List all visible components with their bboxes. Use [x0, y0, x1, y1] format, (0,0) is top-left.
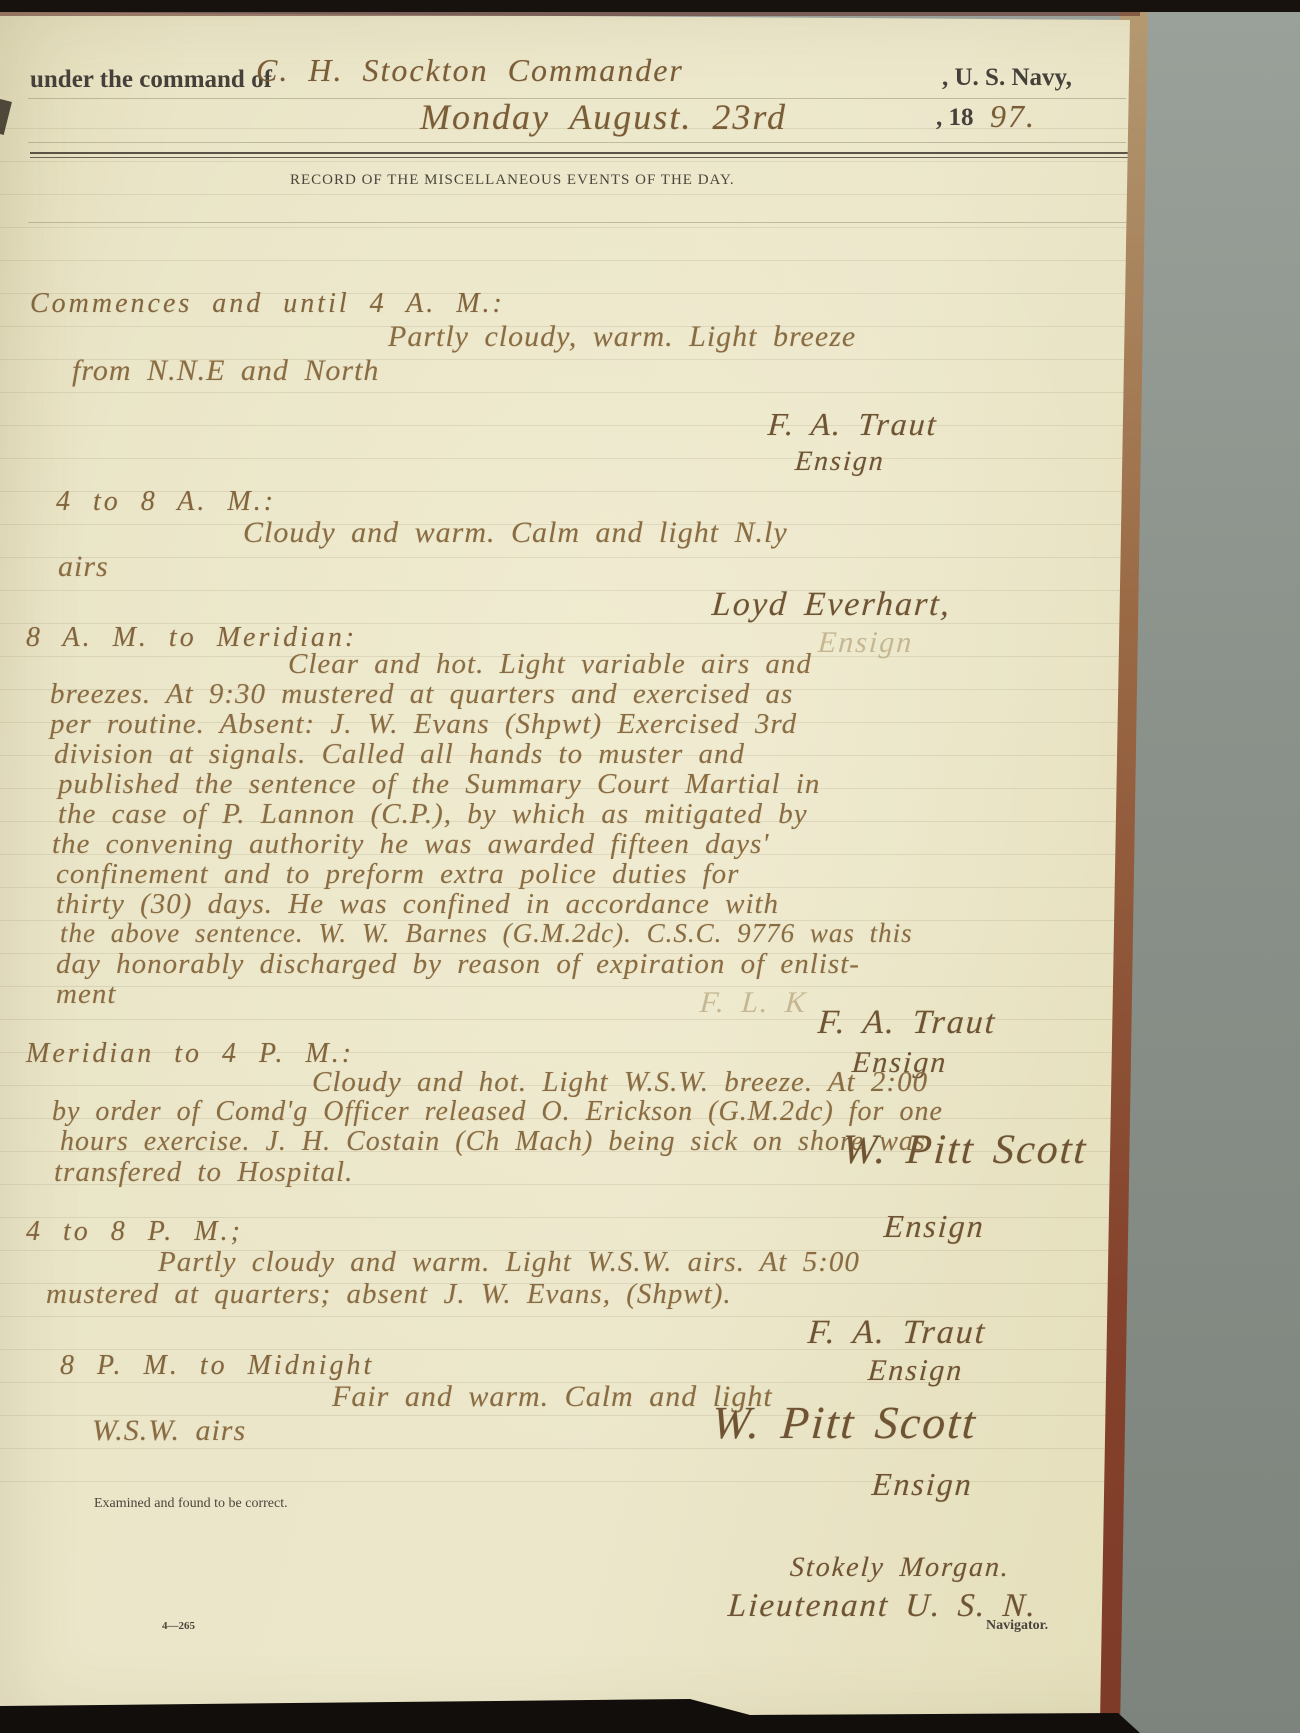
- form-number: 4—265: [162, 1620, 195, 1632]
- log-line: the above sentence. W. W. Barnes (G.M.2d…: [60, 918, 913, 949]
- officer-signature: F. A. Traut: [817, 1004, 998, 1042]
- watch-entry-heading: Commences and until 4 A. M.:: [30, 288, 505, 320]
- log-line: division at signals. Called all hands to…: [54, 738, 745, 771]
- watch-entry-heading: Meridian to 4 P. M.:: [26, 1038, 354, 1070]
- command-prefix-label: under the command of: [30, 66, 272, 94]
- navigator-printed-label: Navigator.: [986, 1618, 1048, 1634]
- officer-signature: Ensign: [871, 1466, 974, 1503]
- officer-signature: F. A. Traut: [767, 406, 939, 443]
- double-rule-top: [30, 152, 1130, 154]
- log-line: breezes. At 9:30 mustered at quarters an…: [50, 678, 793, 711]
- log-line: Clear and hot. Light variable airs and: [288, 648, 812, 681]
- log-line: Cloudy and warm. Calm and light N.ly: [243, 516, 788, 550]
- officer-signature: Ensign: [883, 1208, 986, 1245]
- officer-signature: Ensign: [817, 626, 915, 660]
- log-line: confinement and to preform extra police …: [56, 858, 739, 891]
- officer-signature: Ensign: [867, 1354, 965, 1388]
- log-line: day honorably discharged by reason of ex…: [56, 948, 860, 981]
- examined-note: Examined and found to be correct.: [94, 1496, 288, 1512]
- officer-signature: W. Pitt Scott: [710, 1396, 979, 1449]
- officer-signature: F. L. K: [699, 986, 809, 1020]
- log-line: ment: [56, 978, 116, 1011]
- book-cover-line: [0, 12, 1140, 16]
- log-line: per routine. Absent: J. W. Evans (Shpwt)…: [50, 708, 797, 741]
- watch-entry-heading: 8 P. M. to Midnight: [60, 1350, 374, 1382]
- navy-suffix-label: , U. S. Navy,: [942, 64, 1072, 92]
- log-line: Partly cloudy and warm. Light W.S.W. air…: [158, 1246, 860, 1279]
- log-line: mustered at quarters; absent J. W. Evans…: [46, 1278, 732, 1311]
- log-line: Fair and warm. Calm and light: [332, 1380, 773, 1414]
- double-rule-bottom: [30, 157, 1130, 158]
- year-prefix-label: , 18: [936, 104, 974, 132]
- date-handwritten: Monday August. 23rd: [420, 96, 787, 138]
- log-line: from N.N.E and North: [72, 354, 379, 388]
- log-line: Partly cloudy, warm. Light breeze: [388, 320, 856, 354]
- watch-entry-heading: 4 to 8 P. M.;: [26, 1216, 243, 1248]
- logbook-scan: under the command of C. H. Stockton Comm…: [0, 0, 1300, 1733]
- log-line: published the sentence of the Summary Co…: [58, 768, 820, 801]
- navigator-signature-name: Stokely Morgan.: [789, 1552, 1011, 1584]
- watch-entry-heading: 4 to 8 A. M.:: [56, 486, 276, 518]
- officer-signature: Loyd Everhart,: [711, 586, 953, 624]
- officer-signature: F. A. Traut: [807, 1314, 988, 1352]
- log-line: hours exercise. J. H. Costain (Ch Mach) …: [60, 1126, 926, 1158]
- log-line: the convening authority he was awarded f…: [52, 828, 769, 861]
- officer-signature: Ensign: [794, 446, 886, 478]
- log-line: the case of P. Lannon (C.P.), by which a…: [58, 798, 808, 831]
- log-line: airs: [58, 550, 109, 584]
- header-rule-2: [28, 142, 1126, 143]
- officer-signature: W. Pitt Scott: [840, 1126, 1089, 1174]
- log-line: by order of Comd'g Officer released O. E…: [52, 1096, 943, 1128]
- commander-name-handwritten: C. H. Stockton Commander: [256, 52, 684, 89]
- log-line: thirty (30) days. He was confined in acc…: [56, 888, 779, 921]
- year-handwritten: 97.: [990, 98, 1036, 135]
- record-section-title: RECORD OF THE MISCELLANEOUS EVENTS OF TH…: [290, 172, 735, 189]
- header-rule-3: [28, 222, 1133, 223]
- log-line: Cloudy and hot. Light W.S.W. breeze. At …: [312, 1066, 928, 1099]
- scan-top-edge: [0, 0, 1300, 12]
- log-line: W.S.W. airs: [92, 1414, 246, 1448]
- log-line: transfered to Hospital.: [54, 1156, 353, 1189]
